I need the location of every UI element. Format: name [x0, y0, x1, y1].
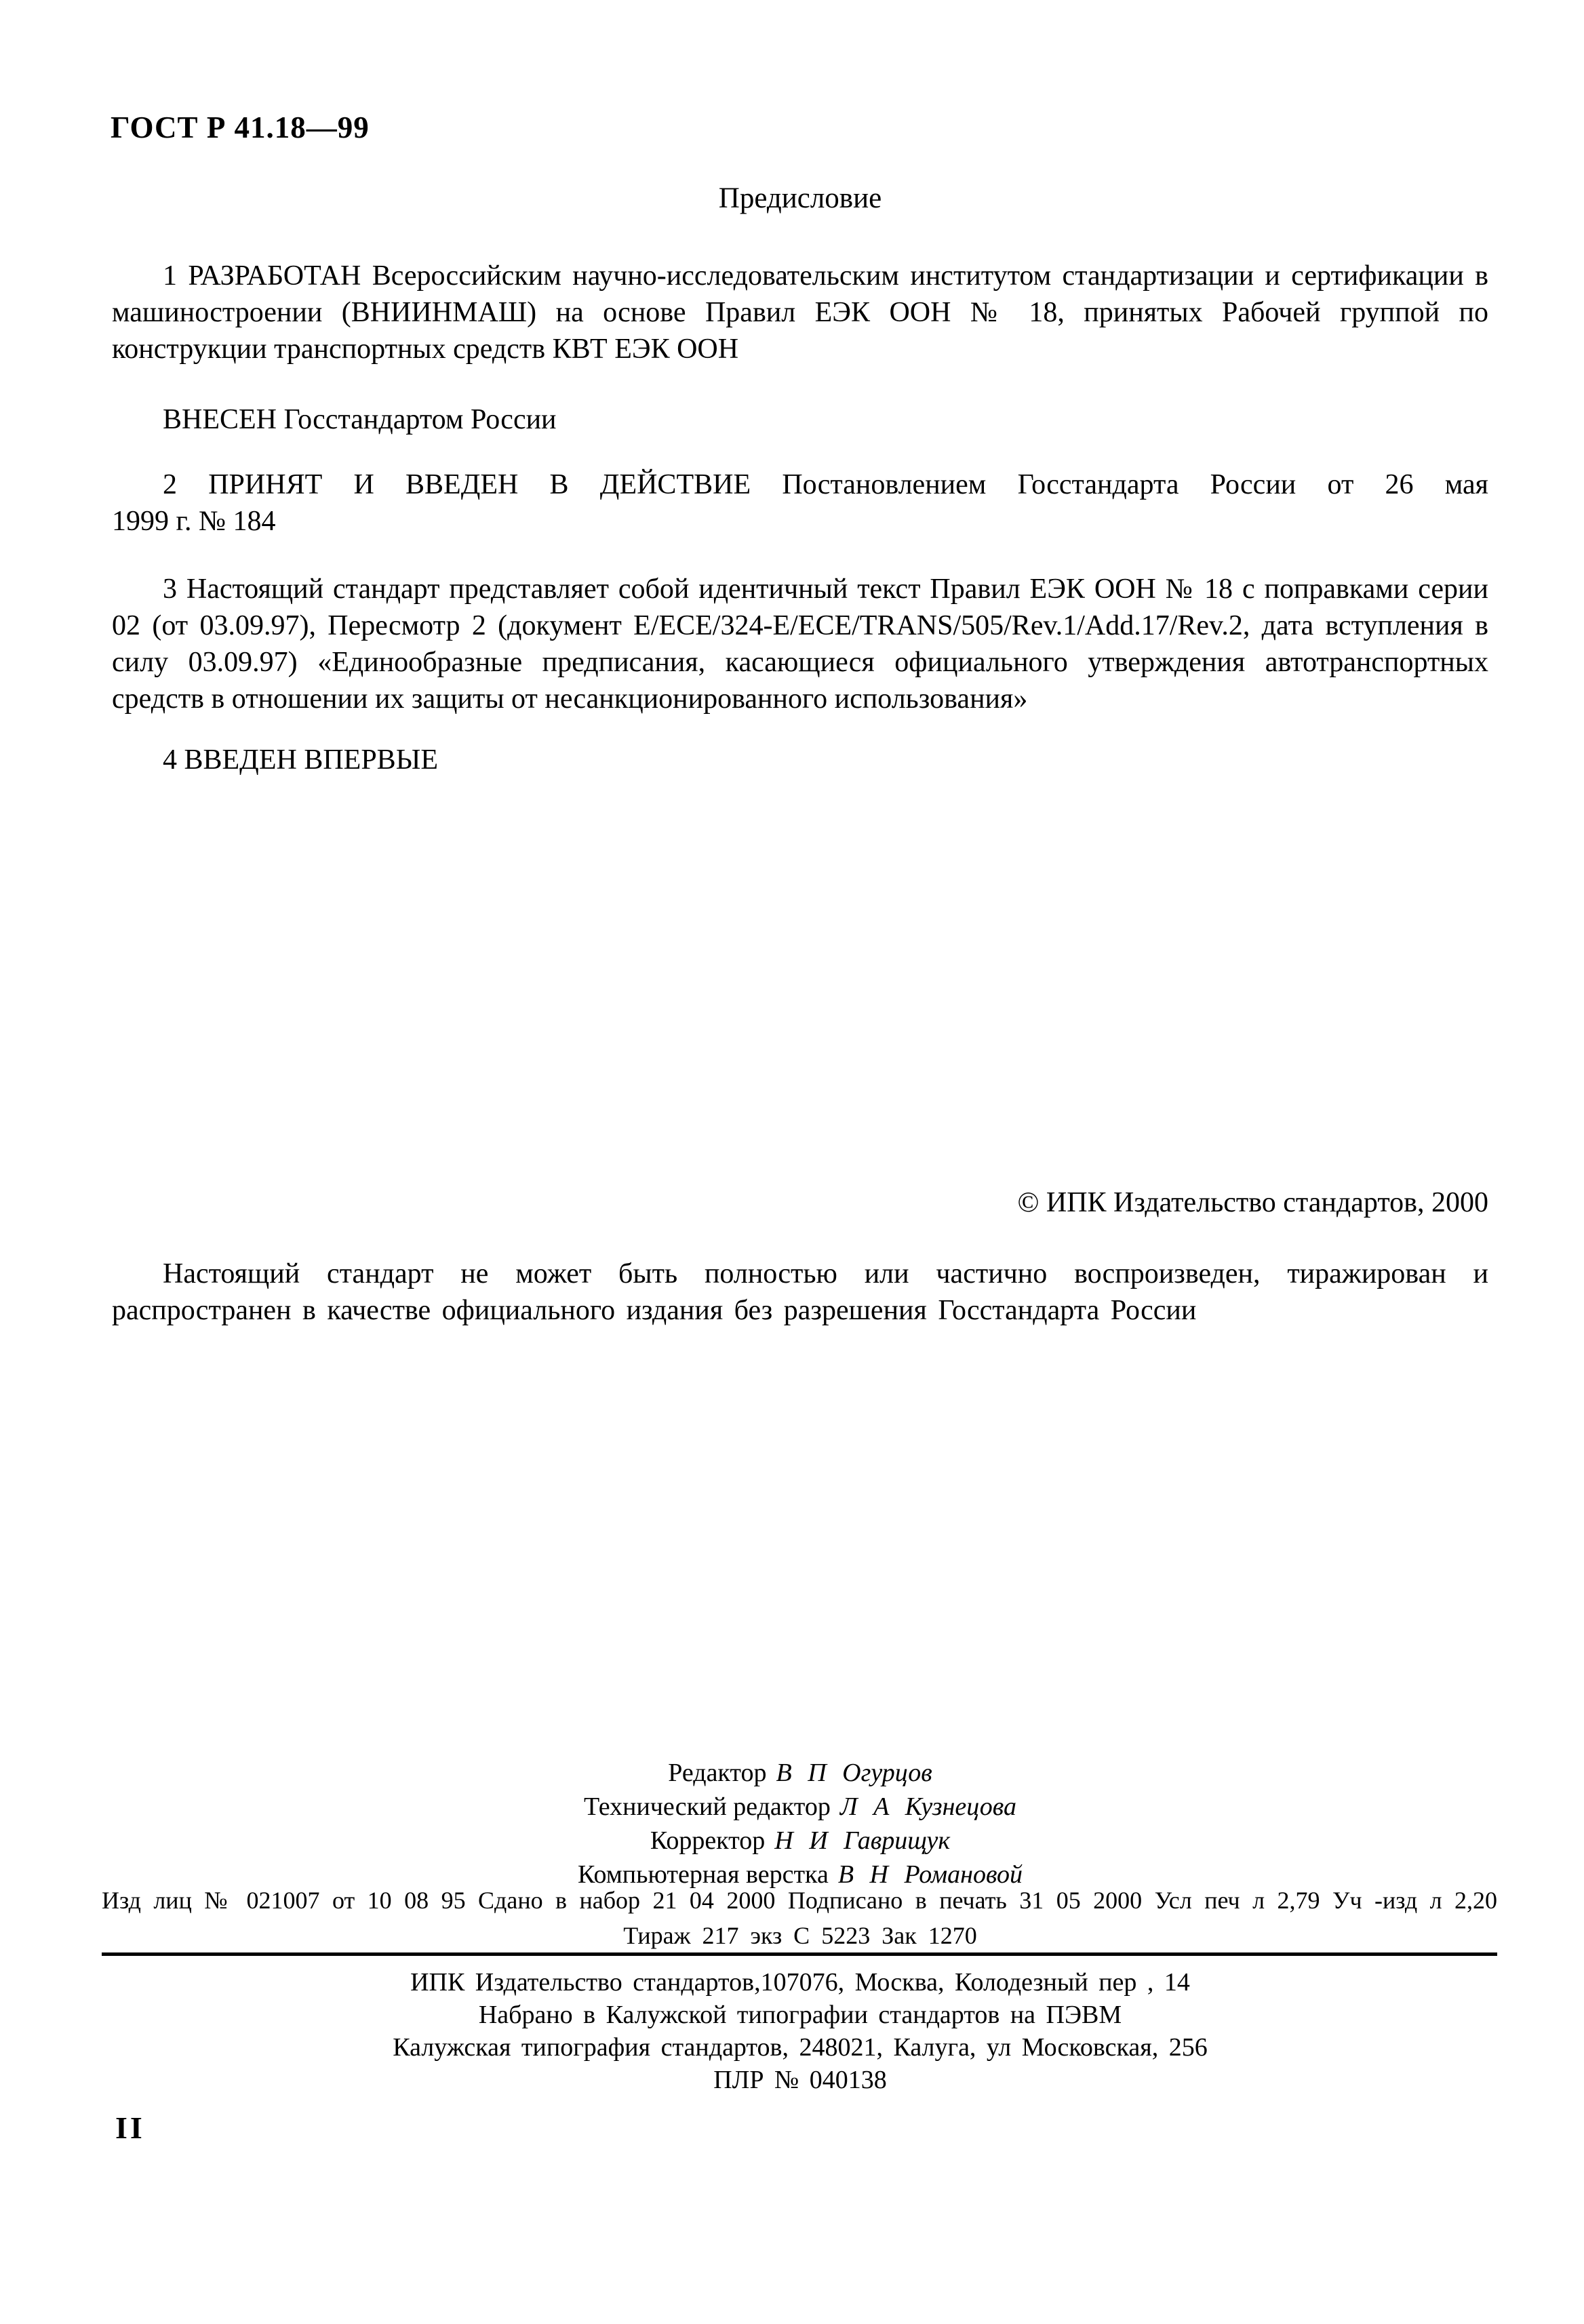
imprint-line-2: Тираж 217 экз С 5223 Зак 1270 [112, 1921, 1488, 1950]
paragraph-first-time: 4 ВВЕДЕН ВПЕРВЫЕ [112, 742, 1488, 778]
paragraph-adopted-line2: 1999 г. № 184 [112, 503, 1488, 540]
imprint-line-1: Изд лиц № 021007 от 10 08 95 Сдано в наб… [102, 1886, 1497, 1915]
preface-title: Предисловие [112, 182, 1488, 215]
paragraph-developed: 1 РАЗРАБОТАН Всероссийским научно-исслед… [112, 258, 1488, 367]
paragraph-adopted: 2 ПРИНЯТ И ВВЕДЕН В ДЕЙСТВИЕ Постановлен… [112, 466, 1488, 540]
role-name: В Н Романовой [838, 1860, 1023, 1889]
paragraph-identical-text: 3 Настоящий стандарт представляет собой … [112, 571, 1488, 717]
address-line-publisher: ИПК Издательство стандартов,107076, Моск… [112, 1966, 1488, 1999]
page-number: II [115, 2110, 145, 2146]
role-label: Компьютерная верстка [578, 1860, 829, 1889]
colophon-roles: РедакторВ П Огурцов Технический редактор… [112, 1756, 1488, 1891]
role-label: Корректор [650, 1826, 765, 1855]
document-page: ГОСТ Р 41.18—99 Предисловие 1 РАЗРАБОТАН… [0, 0, 1584, 2324]
role-name: Н И Гаврищук [774, 1826, 950, 1855]
reproduction-notice: Настоящий стандарт не может быть полност… [112, 1256, 1488, 1329]
role-name: Л А Кузнецова [840, 1792, 1016, 1821]
publisher-address-block: ИПК Издательство стандартов,107076, Моск… [112, 1966, 1488, 2096]
role-name: В П Огурцов [776, 1759, 932, 1787]
role-label: Редактор [668, 1759, 766, 1787]
gost-standard-number: ГОСТ Р 41.18—99 [111, 110, 370, 145]
copyright-line: © ИПК Издательство стандартов, 2000 [112, 1186, 1488, 1219]
address-line-printer: Калужская типография стандартов, 248021,… [112, 2031, 1488, 2064]
role-label: Технический редактор [584, 1792, 831, 1821]
address-line-typeset: Набрано в Калужской типографии стандарто… [112, 1999, 1488, 2031]
address-line-plr: ПЛР № 040138 [112, 2064, 1488, 2096]
colophon-role-editor: РедакторВ П Огурцов [112, 1756, 1488, 1790]
paragraph-submitted: ВНЕСЕН Госстандартом России [112, 401, 1488, 438]
paragraph-adopted-line1: 2 ПРИНЯТ И ВВЕДЕН В ДЕЙСТВИЕ Постановлен… [112, 466, 1488, 503]
colophon-role-corrector: КорректорН И Гаврищук [112, 1824, 1488, 1858]
divider-rule [102, 1952, 1497, 1956]
colophon-role-technical-editor: Технический редакторЛ А Кузнецова [112, 1790, 1488, 1824]
